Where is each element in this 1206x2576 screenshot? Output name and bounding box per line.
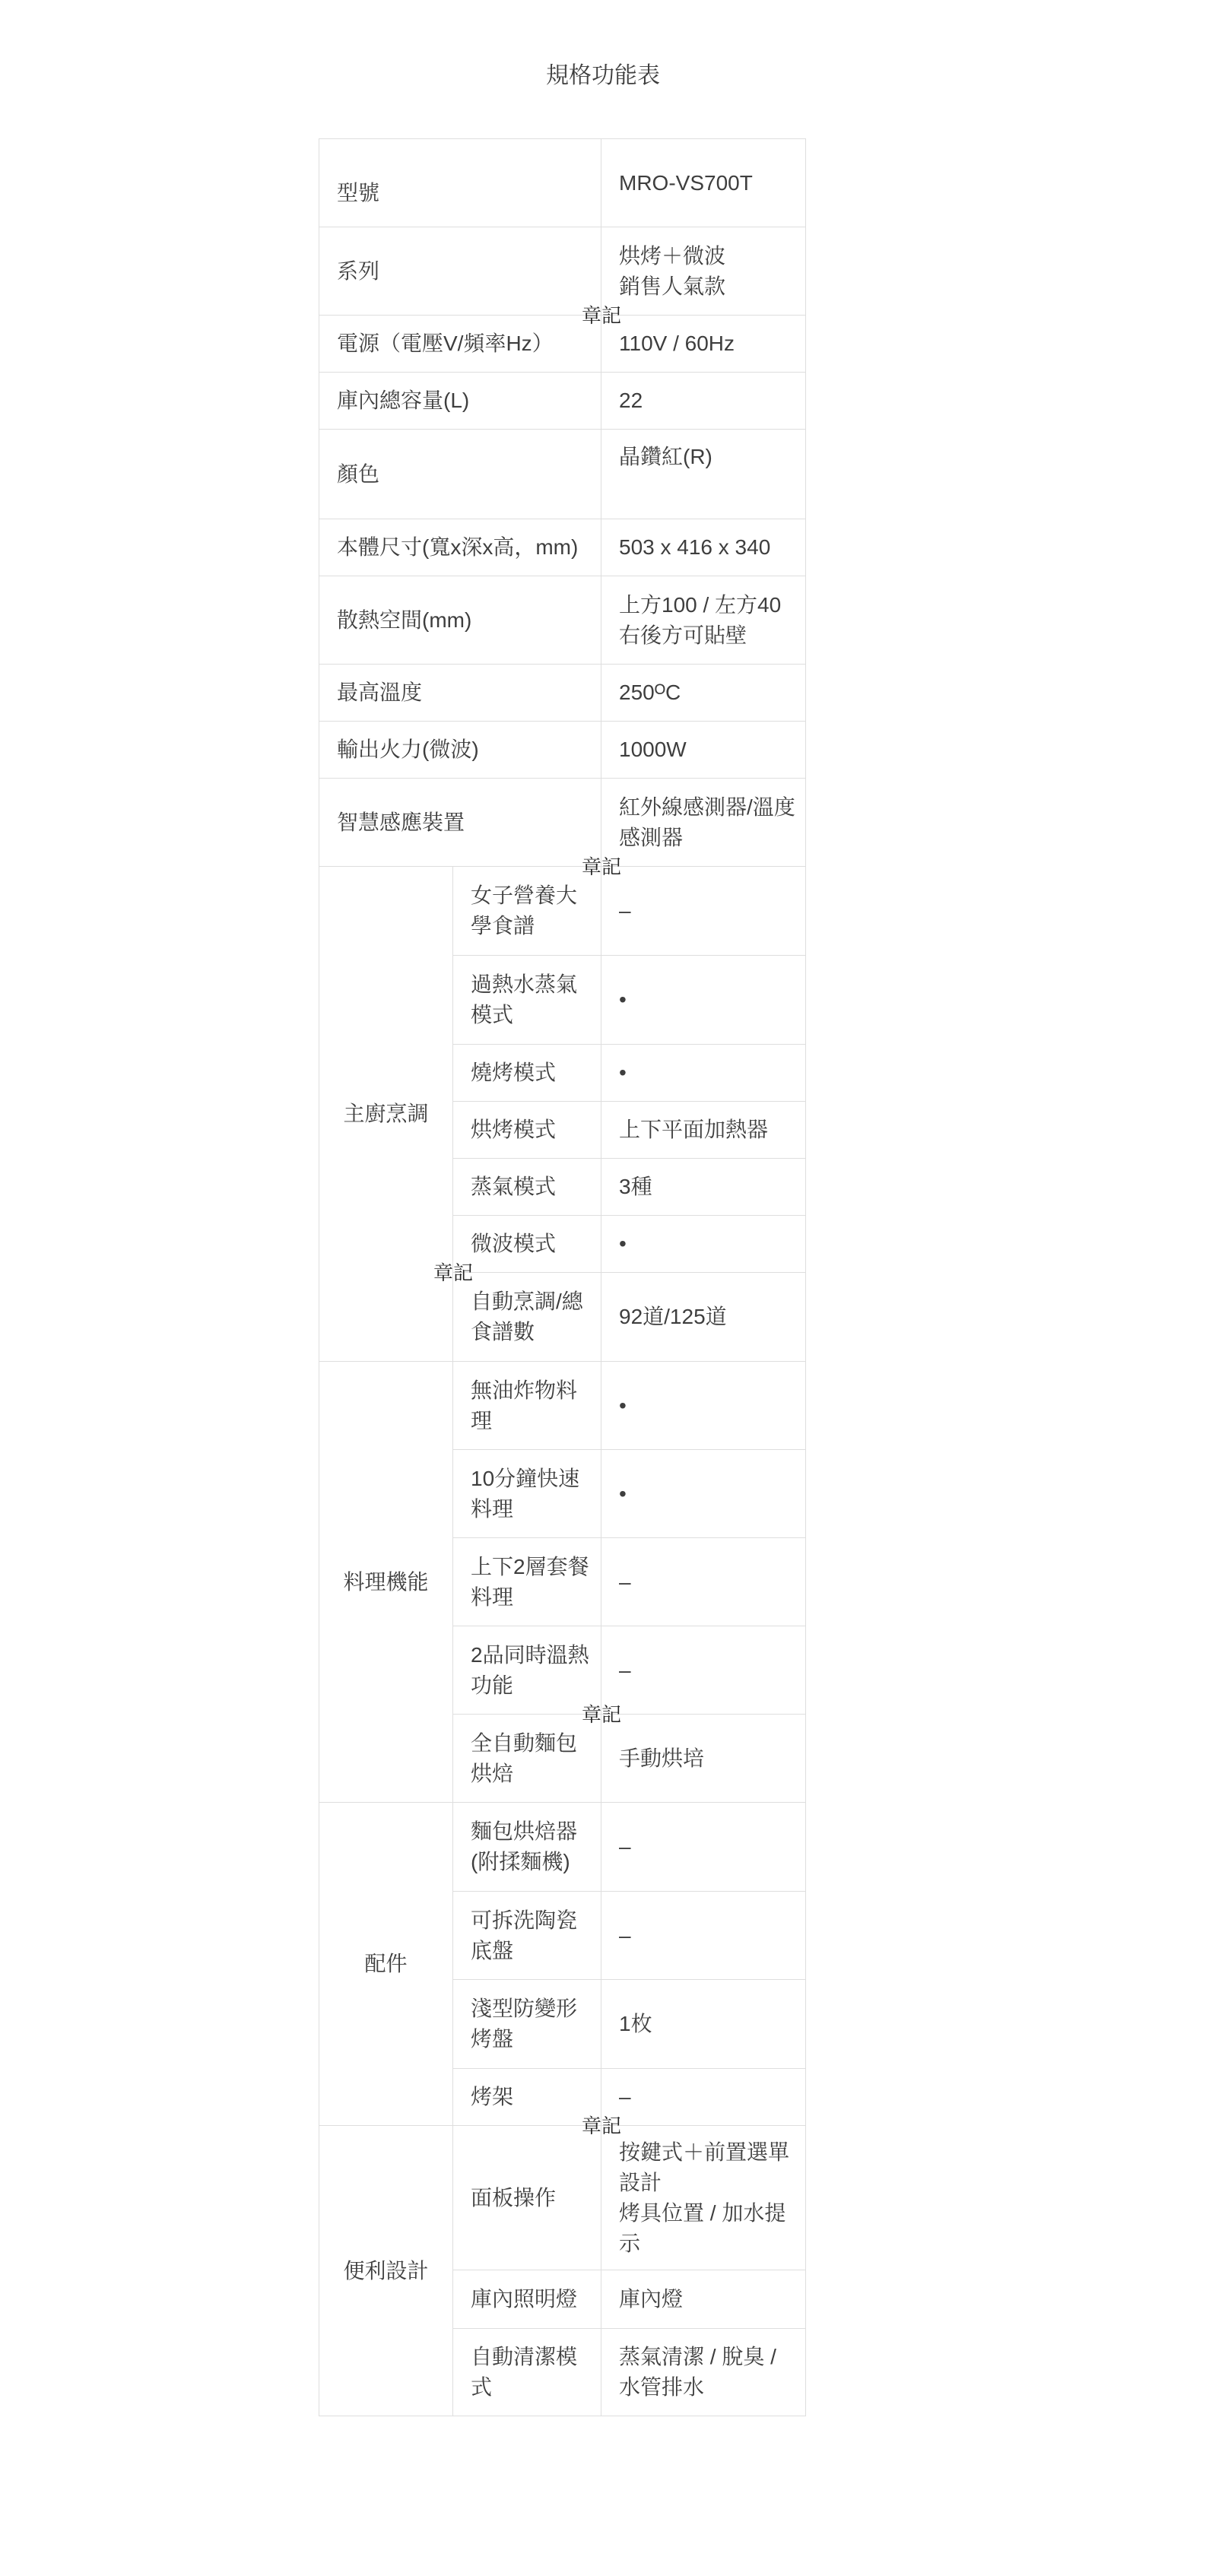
spec-label: 庫內總容量(L) bbox=[319, 373, 601, 429]
feature-value: • bbox=[601, 1362, 805, 1449]
feature-value: 3種 bbox=[601, 1159, 805, 1215]
value-line: 上方100 / 左方40 bbox=[619, 590, 781, 620]
feature-label: 燒烤模式 bbox=[453, 1045, 601, 1101]
group-category-cell: 主廚烹調 bbox=[319, 867, 453, 1361]
row-power: 電源（電壓V/頻率Hz） 110V / 60Hz bbox=[319, 315, 805, 372]
chapter-mark-stamp: 章記 bbox=[582, 2116, 621, 2136]
spec-label: 電源（電壓V/頻率Hz） bbox=[319, 316, 601, 372]
feature-label: 烤架 bbox=[453, 2069, 601, 2125]
spec-label: 本體尺寸(寬x深x高，mm) bbox=[319, 519, 601, 576]
spec-value: 上方100 / 左方40 右後方可貼壁 bbox=[601, 576, 805, 664]
feature-value: – bbox=[601, 1626, 805, 1714]
feature-label: 微波模式 bbox=[453, 1216, 601, 1272]
feature-label: 蒸氣模式 bbox=[453, 1159, 601, 1215]
spec-value: 烘烤＋微波 銷售人氣款 bbox=[601, 227, 805, 315]
feature-value: – bbox=[601, 1538, 805, 1626]
feature-row: 燒烤模式 • bbox=[453, 1044, 805, 1101]
value-line: 右後方可貼壁 bbox=[619, 620, 747, 651]
feature-value: 庫內燈 bbox=[601, 2270, 805, 2328]
feature-value: – bbox=[601, 1892, 805, 1979]
spec-value: 250ᴼC bbox=[601, 665, 805, 721]
spec-value: 110V / 60Hz bbox=[601, 316, 805, 372]
feature-label: 全自動麵包烘焙 bbox=[453, 1715, 601, 1802]
feature-label: 面板操作 bbox=[453, 2126, 601, 2270]
spec-value: 紅外線感測器/溫度感測器 bbox=[601, 779, 805, 866]
feature-row: 微波模式 • bbox=[453, 1215, 805, 1272]
feature-value: – bbox=[601, 2069, 805, 2125]
feature-row: 2品同時溫熱功能 – bbox=[453, 1626, 805, 1714]
spec-label: 系列 bbox=[319, 227, 601, 315]
feature-row: 麵包烘焙器(附揉麵機) – bbox=[453, 1803, 805, 1891]
value-line: 銷售人氣款 bbox=[619, 271, 725, 302]
feature-label: 2品同時溫熱功能 bbox=[453, 1626, 601, 1714]
feature-label: 庫內照明燈 bbox=[453, 2270, 601, 2328]
row-series: 系列 烘烤＋微波 銷售人氣款 bbox=[319, 227, 805, 315]
feature-value: – bbox=[601, 867, 805, 955]
feature-row: 全自動麵包烘焙 手動烘培 bbox=[453, 1714, 805, 1802]
feature-row: 自動烹調/總食譜數 92道/125道 bbox=[453, 1272, 805, 1361]
group-functions: 料理機能 無油炸物料理 • 10分鐘快速料理 • 上下2層套餐料理 – 2品同時… bbox=[319, 1361, 805, 1802]
row-model: 型號 MRO-VS700T bbox=[319, 139, 805, 227]
feature-row: 面板操作 按鍵式＋前置選單設計 烤具位置 / 加水提示 bbox=[453, 2126, 805, 2270]
feature-row: 10分鐘快速料理 • bbox=[453, 1449, 805, 1537]
row-microwave-output: 輸出火力(微波) 1000W bbox=[319, 721, 805, 778]
value-line: 按鍵式＋前置選單設計 bbox=[619, 2137, 798, 2198]
chapter-mark-stamp: 章記 bbox=[582, 306, 621, 325]
chapter-mark-stamp: 章記 bbox=[433, 1263, 473, 1283]
feature-value: 手動烘培 bbox=[601, 1715, 805, 1802]
group-cooking: 主廚烹調 女子營養大學食譜 – 過熱水蒸氣模式 • 燒烤模式 • 烘烤模式 上下… bbox=[319, 866, 805, 1361]
feature-row: 淺型防變形烤盤 1枚 bbox=[453, 1979, 805, 2068]
feature-label: 過熱水蒸氣模式 bbox=[453, 956, 601, 1044]
feature-value: 蒸氣清潔 / 脫臭 / 水管排水 bbox=[601, 2329, 805, 2416]
value-line: 烘烤＋微波 bbox=[619, 241, 725, 271]
row-capacity: 庫內總容量(L) 22 bbox=[319, 372, 805, 429]
spec-label: 型號 bbox=[319, 139, 601, 227]
feature-label: 自動清潔模式 bbox=[453, 2329, 601, 2416]
feature-value: • bbox=[601, 956, 805, 1044]
spec-label: 智慧感應裝置 bbox=[319, 779, 601, 866]
feature-row: 烤架 – bbox=[453, 2068, 805, 2125]
feature-row: 可拆洗陶瓷底盤 – bbox=[453, 1891, 805, 1979]
feature-row: 女子營養大學食譜 – bbox=[453, 867, 805, 955]
spec-value: 1000W bbox=[601, 722, 805, 778]
feature-label: 10分鐘快速料理 bbox=[453, 1450, 601, 1537]
spec-label: 顏色 bbox=[319, 430, 601, 519]
group-category-cell: 便利設計 bbox=[319, 2126, 453, 2416]
value-line: 烤具位置 / 加水提示 bbox=[619, 2198, 798, 2259]
spec-value: 晶鑽紅(R) bbox=[601, 430, 805, 519]
page-title: 規格功能表 bbox=[0, 61, 1206, 91]
chapter-mark-stamp: 章記 bbox=[582, 1705, 621, 1724]
feature-row: 上下2層套餐料理 – bbox=[453, 1537, 805, 1626]
feature-row: 烘烤模式 上下平面加熱器 bbox=[453, 1101, 805, 1158]
group-convenience: 便利設計 面板操作 按鍵式＋前置選單設計 烤具位置 / 加水提示 庫內照明燈 庫… bbox=[319, 2125, 805, 2416]
feature-value: • bbox=[601, 1450, 805, 1537]
group-accessories: 配件 麵包烘焙器(附揉麵機) – 可拆洗陶瓷底盤 – 淺型防變形烤盤 1枚 烤架… bbox=[319, 1802, 805, 2125]
feature-label: 麵包烘焙器(附揉麵機) bbox=[453, 1803, 601, 1891]
row-clearance: 散熱空間(mm) 上方100 / 左方40 右後方可貼壁 bbox=[319, 576, 805, 664]
spec-value: 503 x 416 x 340 bbox=[601, 519, 805, 576]
feature-value: • bbox=[601, 1045, 805, 1101]
feature-row: 蒸氣模式 3種 bbox=[453, 1158, 805, 1215]
feature-label: 淺型防變形烤盤 bbox=[453, 1980, 601, 2068]
feature-value: 按鍵式＋前置選單設計 烤具位置 / 加水提示 bbox=[601, 2126, 805, 2270]
row-color: 顏色 晶鑽紅(R) bbox=[319, 429, 805, 519]
feature-value: 1枚 bbox=[601, 1980, 805, 2068]
group-category-cell: 配件 bbox=[319, 1803, 453, 2125]
feature-label: 可拆洗陶瓷底盤 bbox=[453, 1892, 601, 1979]
feature-label: 自動烹調/總食譜數 bbox=[453, 1273, 601, 1361]
feature-row: 自動清潔模式 蒸氣清潔 / 脫臭 / 水管排水 bbox=[453, 2328, 805, 2416]
row-max-temp: 最高溫度 250ᴼC bbox=[319, 664, 805, 721]
spec-label: 輸出火力(微波) bbox=[319, 722, 601, 778]
spec-table: 型號 MRO-VS700T 系列 烘烤＋微波 銷售人氣款 電源（電壓V/頻率Hz… bbox=[319, 138, 806, 2416]
spec-value: 22 bbox=[601, 373, 805, 429]
spec-label: 散熱空間(mm) bbox=[319, 576, 601, 664]
spec-value: MRO-VS700T bbox=[601, 139, 805, 227]
feature-value: 上下平面加熱器 bbox=[601, 1102, 805, 1158]
feature-label: 烘烤模式 bbox=[453, 1102, 601, 1158]
row-dimensions: 本體尺寸(寬x深x高，mm) 503 x 416 x 340 bbox=[319, 519, 805, 576]
feature-label: 上下2層套餐料理 bbox=[453, 1538, 601, 1626]
feature-label: 女子營養大學食譜 bbox=[453, 867, 601, 955]
chapter-mark-stamp: 章記 bbox=[582, 857, 621, 877]
feature-row: 過熱水蒸氣模式 • bbox=[453, 955, 805, 1044]
spec-label: 最高溫度 bbox=[319, 665, 601, 721]
feature-value: – bbox=[601, 1803, 805, 1891]
group-category-cell: 料理機能 bbox=[319, 1362, 453, 1802]
feature-row: 無油炸物料理 • bbox=[453, 1362, 805, 1449]
feature-value: • bbox=[601, 1216, 805, 1272]
feature-row: 庫內照明燈 庫內燈 bbox=[453, 2270, 805, 2328]
feature-value: 92道/125道 bbox=[601, 1273, 805, 1361]
row-sensor: 智慧感應裝置 紅外線感測器/溫度感測器 bbox=[319, 778, 805, 866]
feature-label: 無油炸物料理 bbox=[453, 1362, 601, 1449]
